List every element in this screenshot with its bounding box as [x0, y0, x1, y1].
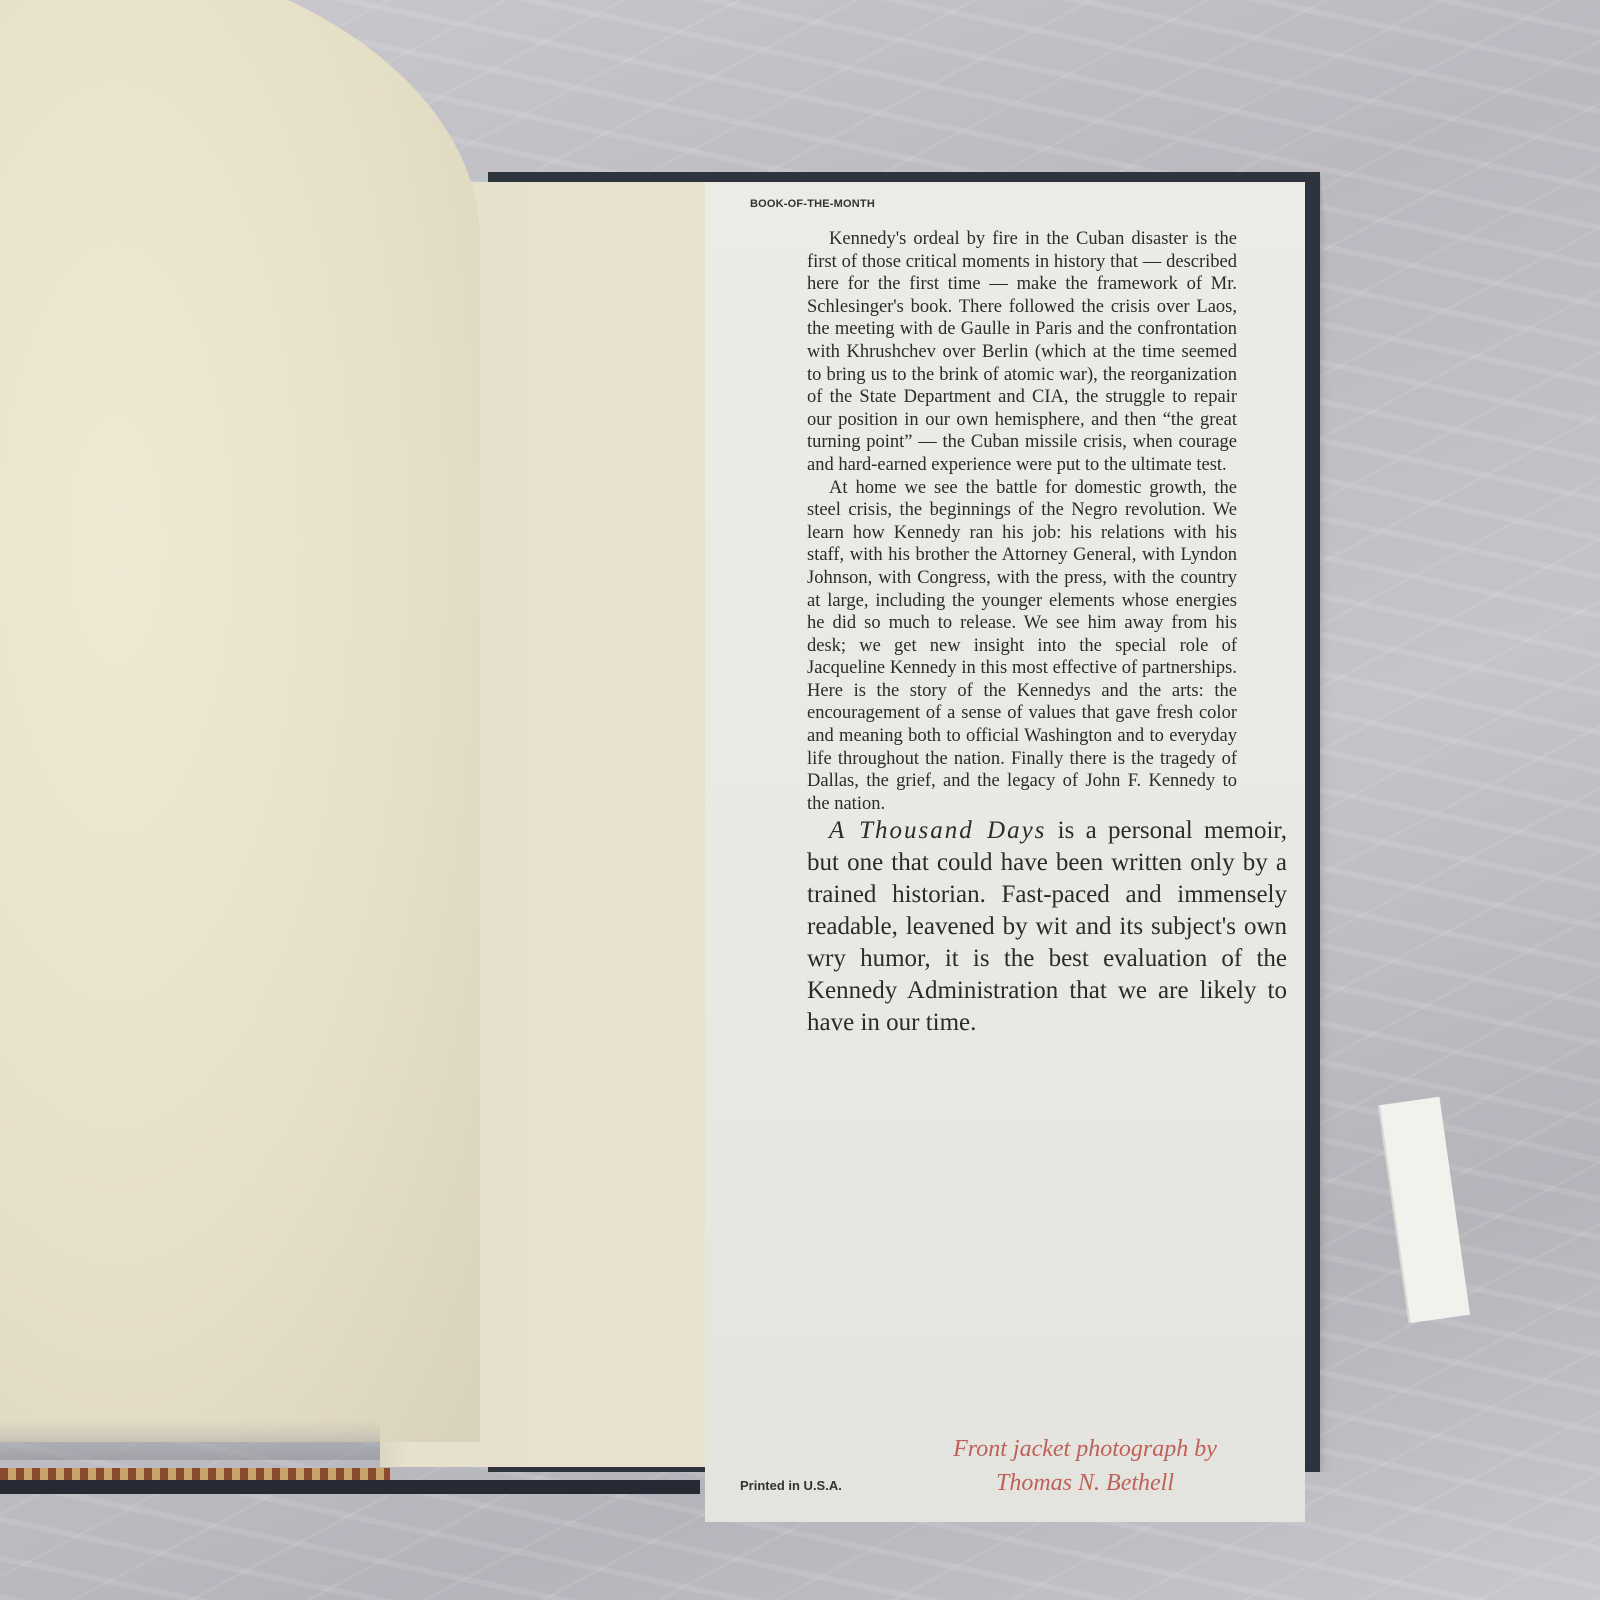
blurb-paragraph: Kennedy's ordeal by fire in the Cuban di… — [807, 228, 1237, 477]
cover-bottom-edge — [0, 1480, 700, 1494]
blurb-closing-paragraph: A Thousand Days is a personal memoir, bu… — [807, 815, 1287, 1039]
credit-line-2: Thomas N. Bethell — [905, 1466, 1265, 1500]
left-page — [0, 0, 480, 1442]
blurb-paragraph: At home we see the battle for domestic g… — [807, 477, 1237, 816]
headband — [0, 1468, 390, 1480]
series-label: BOOK-OF-THE-MONTH — [750, 198, 875, 210]
book-title: A Thousand Days — [829, 817, 1046, 844]
jacket-blurb: Kennedy's ordeal by fire in the Cuban di… — [807, 228, 1237, 1039]
page-shadow — [0, 1420, 380, 1460]
photo-credit: Front jacket photograph by Thomas N. Bet… — [905, 1432, 1265, 1500]
closing-text: is a personal memoir, but one that could… — [807, 817, 1287, 1036]
printed-in-usa: Printed in U.S.A. — [740, 1478, 842, 1493]
credit-line-1: Front jacket photograph by — [905, 1432, 1265, 1466]
